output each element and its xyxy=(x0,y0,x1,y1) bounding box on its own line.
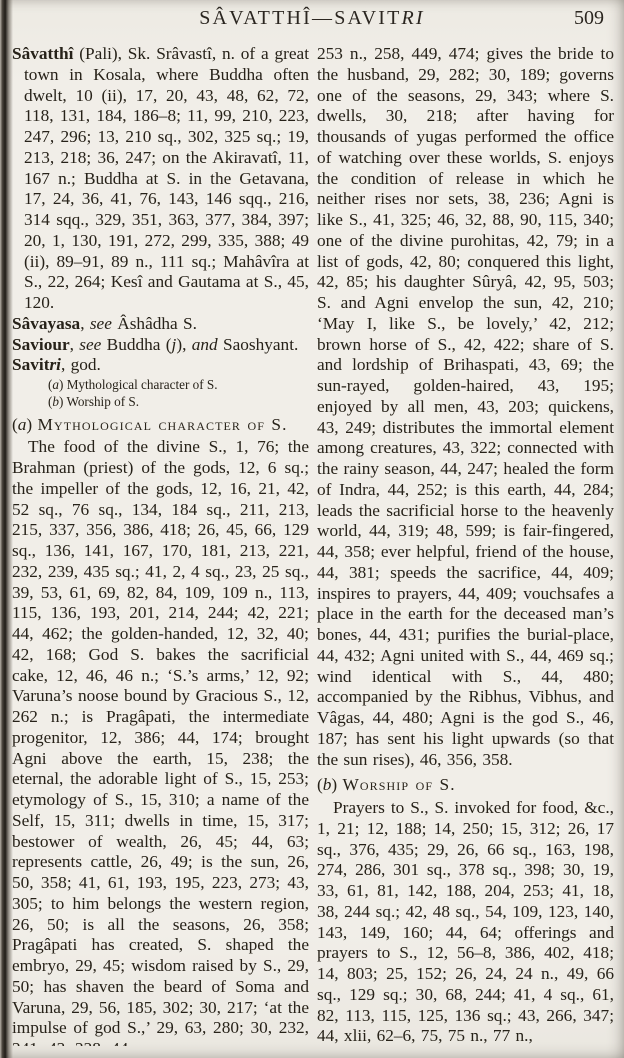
text-segment: see xyxy=(90,314,112,333)
text-segment: Saoshyant. xyxy=(218,335,299,354)
section-heading: (b) Worship of S. xyxy=(317,775,614,796)
text-segment: , god. xyxy=(61,355,101,374)
text-segment: Buddha ( xyxy=(101,335,171,354)
book-page-scan: SÂVATTHÎ—SAVITRI 509 Sâvatthî (Pali), Sk… xyxy=(0,0,624,1058)
section-list-item: (b) Worship of S. xyxy=(48,394,309,410)
text-segment: , xyxy=(70,335,80,354)
text-segment: see xyxy=(79,335,101,354)
section-list-item: (a) Mythological character of S. xyxy=(48,377,309,393)
text-segment: ) xyxy=(26,415,37,434)
page-number: 509 xyxy=(574,7,604,30)
section-heading: (a) Mythological character of S. xyxy=(12,415,309,436)
text-segment: ) Worship of S. xyxy=(59,394,139,409)
index-entry: Sâvayasa, see Âshâdha S. xyxy=(12,314,309,335)
index-entry: Savitri, god. xyxy=(12,355,309,376)
text-segment: , xyxy=(80,314,90,333)
entry-lead-word: Savit xyxy=(12,355,49,374)
entry-lead-word: ri xyxy=(49,355,61,374)
entry-lead-word: Sâvayasa xyxy=(12,314,80,333)
running-head-title: SÂVATTHÎ—SAVIT xyxy=(199,7,401,29)
text-segment: Worship of S. xyxy=(342,775,455,794)
text-segment: Mythological character of S. xyxy=(37,415,287,434)
entry-lead-word: Saviour xyxy=(12,335,70,354)
text-segment: a xyxy=(52,377,59,392)
text-segment: Prayers to S., S. invoked for food, &c.,… xyxy=(317,798,614,1045)
running-head: SÂVATTHÎ—SAVITRI xyxy=(0,7,624,30)
text-segment: Âshâdha S. xyxy=(112,314,197,333)
text-segment: (Pali), Sk. Srâvastî, n. of a great town… xyxy=(24,44,309,312)
index-paragraph-continuation: 253 n., 258, 449, 474; gives the bride t… xyxy=(317,44,614,770)
text-segment: The food of the divine S., 1, 76; the Br… xyxy=(12,437,309,1046)
right-column: 253 n., 258, 449, 474; gives the bride t… xyxy=(317,44,614,1046)
index-entry: Sâvatthî (Pali), Sk. Srâvastî, n. of a g… xyxy=(12,44,309,314)
text-segment: ), xyxy=(176,335,191,354)
text-segment: b xyxy=(52,394,59,409)
entry-lead-word: Sâvatthî xyxy=(12,44,73,63)
text-segment: 253 n., 258, 449, 474; gives the bride t… xyxy=(317,44,614,769)
text-segment: and xyxy=(192,335,218,354)
running-head-title-italic: RI xyxy=(402,7,425,29)
text-segment: ) Mythological character of S. xyxy=(59,377,218,392)
text-segment: ) xyxy=(331,775,342,794)
left-column: Sâvatthî (Pali), Sk. Srâvastî, n. of a g… xyxy=(12,44,309,1046)
index-entry: Saviour, see Buddha (j), and Saoshyant. xyxy=(12,335,309,356)
index-paragraph: Prayers to S., S. invoked for food, &c.,… xyxy=(317,798,614,1046)
index-paragraph: The food of the divine S., 1, 76; the Br… xyxy=(12,437,309,1046)
